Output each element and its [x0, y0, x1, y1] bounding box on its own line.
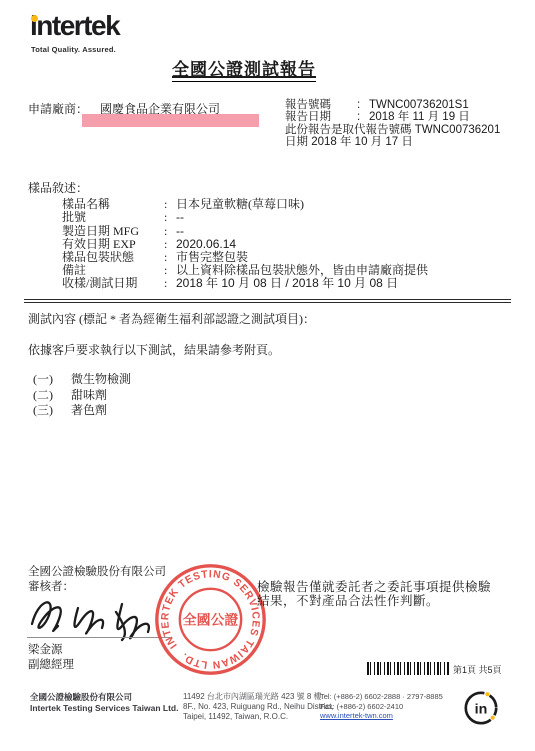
sample-row: 批號 : --: [28, 211, 508, 224]
sample-label: 批號: [62, 211, 164, 224]
sample-section-title: 樣品敘述：: [28, 182, 508, 195]
test-item-number: (一): [33, 372, 71, 388]
test-item: (一) 微生物檢測: [28, 372, 508, 388]
colon: :: [164, 211, 176, 224]
section-divider: [24, 299, 511, 303]
test-item-name: 微生物檢測: [71, 372, 131, 388]
sample-row: 製造日期 MFG : --: [28, 225, 508, 238]
colon: :: [164, 277, 176, 290]
sample-label: 收樣/測試日期: [62, 277, 164, 290]
report-number-value: TWNC00736201S1: [369, 99, 469, 111]
footer-address-zh: 11492 台北市內湖區瑞光路 423 號 8 樓: [183, 692, 334, 702]
document-title: 全國公證測試報告: [0, 55, 488, 80]
footer-company-zh: 全國公證檢驗股份有限公司: [30, 692, 178, 703]
colon: :: [357, 99, 369, 111]
test-content-intro: 依據客戶要求執行以下測試，結果請參考附頁。: [28, 341, 508, 358]
sample-section: 樣品敘述： 樣品名稱 : 日本兒童軟糖(草莓口味) 批號 : -- 製造日期 M…: [28, 182, 508, 291]
test-item: (三) 著色劑: [28, 403, 508, 419]
footer-company-en: Intertek Testing Services Taiwan Ltd.: [30, 703, 178, 714]
sample-row: 樣品名稱 : 日本兒童軟糖(草莓口味): [28, 198, 508, 211]
report-info: 報告號碼 : TWNC00736201S1 報告日期 : 2018 年 11 月…: [285, 99, 531, 149]
supersede-note-line1: 此份報告是取代報告號碼 TWNC00736201: [285, 124, 531, 136]
report-page: intertek Total Quality. Assured. 全國公證測試報…: [0, 0, 535, 751]
report-number-row: 報告號碼 : TWNC00736201S1: [285, 99, 531, 111]
circle-logo-dot-top: [485, 692, 489, 696]
footer-address-en1: 8F., No. 423, Ruiguang Rd., Neihu Distri…: [183, 702, 334, 712]
supersede-note-line2: 日期 2018 年 10 月 17 日: [285, 136, 531, 148]
report-date-label: 報告日期: [285, 111, 357, 123]
circle-logo-text: in: [475, 702, 488, 718]
footer-contact-block: Tel: (+886-2) 6602-2888 · 2797-8885 Fax:…: [320, 692, 443, 721]
test-content-section: 測試內容 (標記 * 者為經衛生福利部認證之測試項目)： 依據客戶要求執行以下測…: [28, 310, 508, 419]
barcode: [367, 662, 449, 675]
logo-yellow-dot-icon: [31, 15, 38, 22]
footer-address-en2: Taipei, 11492, Taiwan, R.O.C.: [183, 712, 334, 722]
disclaimer-text: 檢驗報告僅就委託者之委託事項提供檢驗結果，不對產品合法性作判斷。: [257, 581, 501, 609]
footer-company-block: 全國公證檢驗股份有限公司 Intertek Testing Services T…: [30, 692, 178, 713]
colon: :: [357, 111, 369, 123]
report-number-label: 報告號碼: [285, 99, 357, 111]
sample-value: 日本兒童軟糖(草莓口味): [176, 198, 508, 211]
company-stamp: INTERTEK TESTING SERVICES TAIWAN LTD. 全國…: [153, 562, 268, 677]
sample-value: --: [176, 211, 508, 224]
document-title-text: 全國公證測試報告: [172, 60, 316, 82]
logo-tagline: Total Quality. Assured.: [31, 45, 116, 54]
intertek-wordmark: intertek: [30, 10, 119, 42]
sample-row: 收樣/測試日期 : 2018 年 10 月 08 日 / 2018 年 10 月…: [28, 277, 508, 290]
page-number: 第1頁 共5頁: [453, 663, 502, 676]
signature-underline: [27, 637, 170, 638]
footer-tel: Tel: (+886-2) 6602-2888 · 2797-8885: [320, 692, 443, 702]
footer-website-link[interactable]: www.intertek-twn.com: [320, 711, 443, 721]
sample-label: 製造日期 MFG: [62, 225, 164, 238]
handwritten-signature: [22, 584, 172, 642]
sample-value: --: [176, 225, 508, 238]
test-content-heading: 測試內容 (標記 * 者為經衛生福利部認證之測試項目)：: [28, 310, 508, 327]
test-item-number: (二): [33, 388, 71, 404]
report-date-value: 2018 年 11 月 19 日: [369, 111, 470, 123]
applicant-label: 申請廠商：: [28, 100, 88, 117]
intertek-circle-logo: in: [462, 689, 500, 727]
test-item-number: (三): [33, 403, 71, 419]
footer-address-block: 11492 台北市內湖區瑞光路 423 號 8 樓 8F., No. 423, …: [183, 692, 334, 722]
sample-value: 2018 年 10 月 08 日 / 2018 年 10 月 08 日: [176, 277, 508, 290]
signature-company: 全國公證檢驗股份有限公司: [28, 565, 166, 580]
test-item-name: 甜味劑: [71, 388, 107, 404]
report-date-row: 報告日期 : 2018 年 11 月 19 日: [285, 111, 531, 123]
test-item: (二) 甜味劑: [28, 388, 508, 404]
redacted-address-bar: [82, 114, 259, 127]
circle-logo-dot-bottom: [491, 716, 495, 720]
reviewer-title: 副總經理: [28, 656, 74, 672]
stamp-center-text: 全國公證: [183, 611, 239, 628]
test-item-name: 著色劑: [71, 403, 107, 419]
colon: :: [164, 225, 176, 238]
reviewer-name: 梁金源: [28, 641, 63, 657]
footer-fax: Fax: (+886-2) 6602-2410: [320, 702, 443, 712]
